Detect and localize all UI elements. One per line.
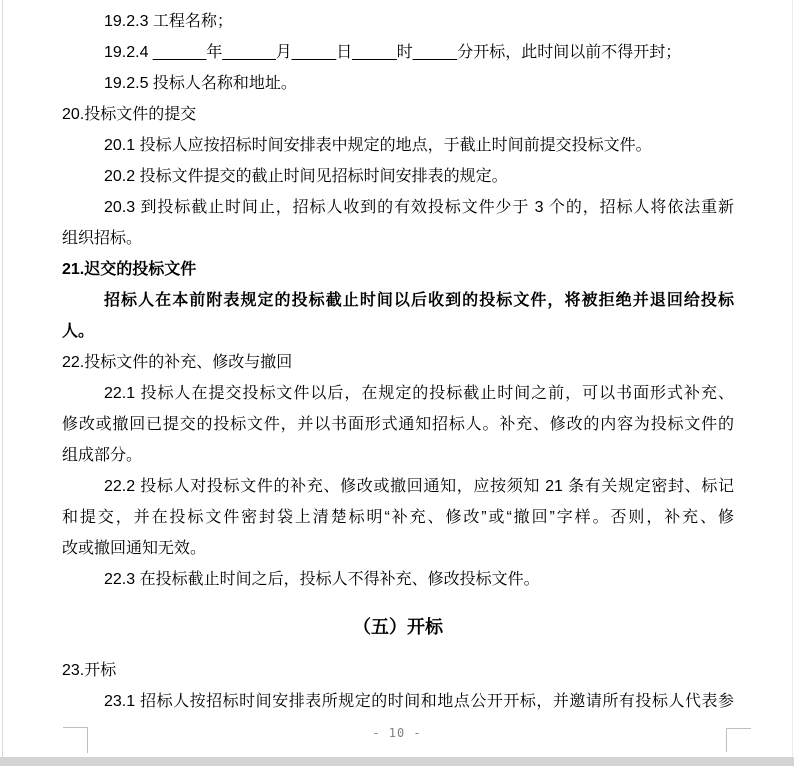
section-heading-open-bid: （五）开标 (62, 609, 734, 645)
clause-23-title: 23.开标 (62, 655, 734, 686)
clause-22-3: 22.3 在投标截止时间之后，投标人不得补充、修改投标文件。 (62, 564, 734, 595)
clause-22-1-cont1: 修改或撤回已提交的投标文件，并以书面形式通知招标人。补充、修改的内容为投标文件的 (62, 409, 734, 440)
clause-22-title: 22.投标文件的补充、修改与撤回 (62, 347, 734, 378)
clause-21-body: 招标人在本前附表规定的投标截止时间以后收到的投标文件，将被拒绝并退回给投标 (62, 285, 734, 316)
clause-19-2-3: 19.2.3 工程名称； (62, 6, 734, 37)
page-left-edge (2, 0, 3, 757)
clause-20-1: 20.1 投标人应按招标时间安排表中规定的地点，于截止时间前提交投标文件。 (62, 130, 734, 161)
clause-21-body-cont: 人。 (62, 316, 734, 347)
clause-20-3-cont: 组织招标。 (62, 223, 734, 254)
page-bottom-band (0, 757, 794, 766)
page-number: - 10 - (0, 726, 794, 740)
clause-22-2-cont1: 和提交，并在投标文件密封袋上清楚标明“补充、修改”或“撤回”字样。否则，补充、修 (62, 502, 734, 533)
document-body: 19.2.3 工程名称；19.2.4 ______年______月_____日_… (62, 0, 734, 717)
clause-20-2: 20.2 投标文件提交的截止时间见招标时间安排表的规定。 (62, 161, 734, 192)
clause-20-title: 20.投标文件的提交 (62, 99, 734, 130)
clause-22-1-cont2: 组成部分。 (62, 440, 734, 471)
clause-22-2-cont2: 改或撤回通知无效。 (62, 533, 734, 564)
clause-21-title: 21.迟交的投标文件 (62, 254, 734, 285)
clause-23-1: 23.1 招标人按招标时间安排表所规定的时间和地点公开开标，并邀请所有投标人代表… (62, 686, 734, 717)
clause-22-2: 22.2 投标人对投标文件的补充、修改或撤回通知，应按须知 21 条有关规定密封… (62, 471, 734, 502)
clause-20-3: 20.3 到投标截止时间止，招标人收到的有效投标文件少于 3 个的，招标人将依法… (62, 192, 734, 223)
clause-19-2-4: 19.2.4 ______年______月_____日_____时_____分开… (62, 37, 734, 68)
clause-19-2-5: 19.2.5 投标人名称和地址。 (62, 68, 734, 99)
clause-22-1: 22.1 投标人在提交投标文件以后，在规定的投标截止时间之前，可以书面形式补充、 (62, 378, 734, 409)
page-right-edge (792, 0, 793, 757)
document-page: 19.2.3 工程名称；19.2.4 ______年______月_____日_… (0, 0, 794, 766)
